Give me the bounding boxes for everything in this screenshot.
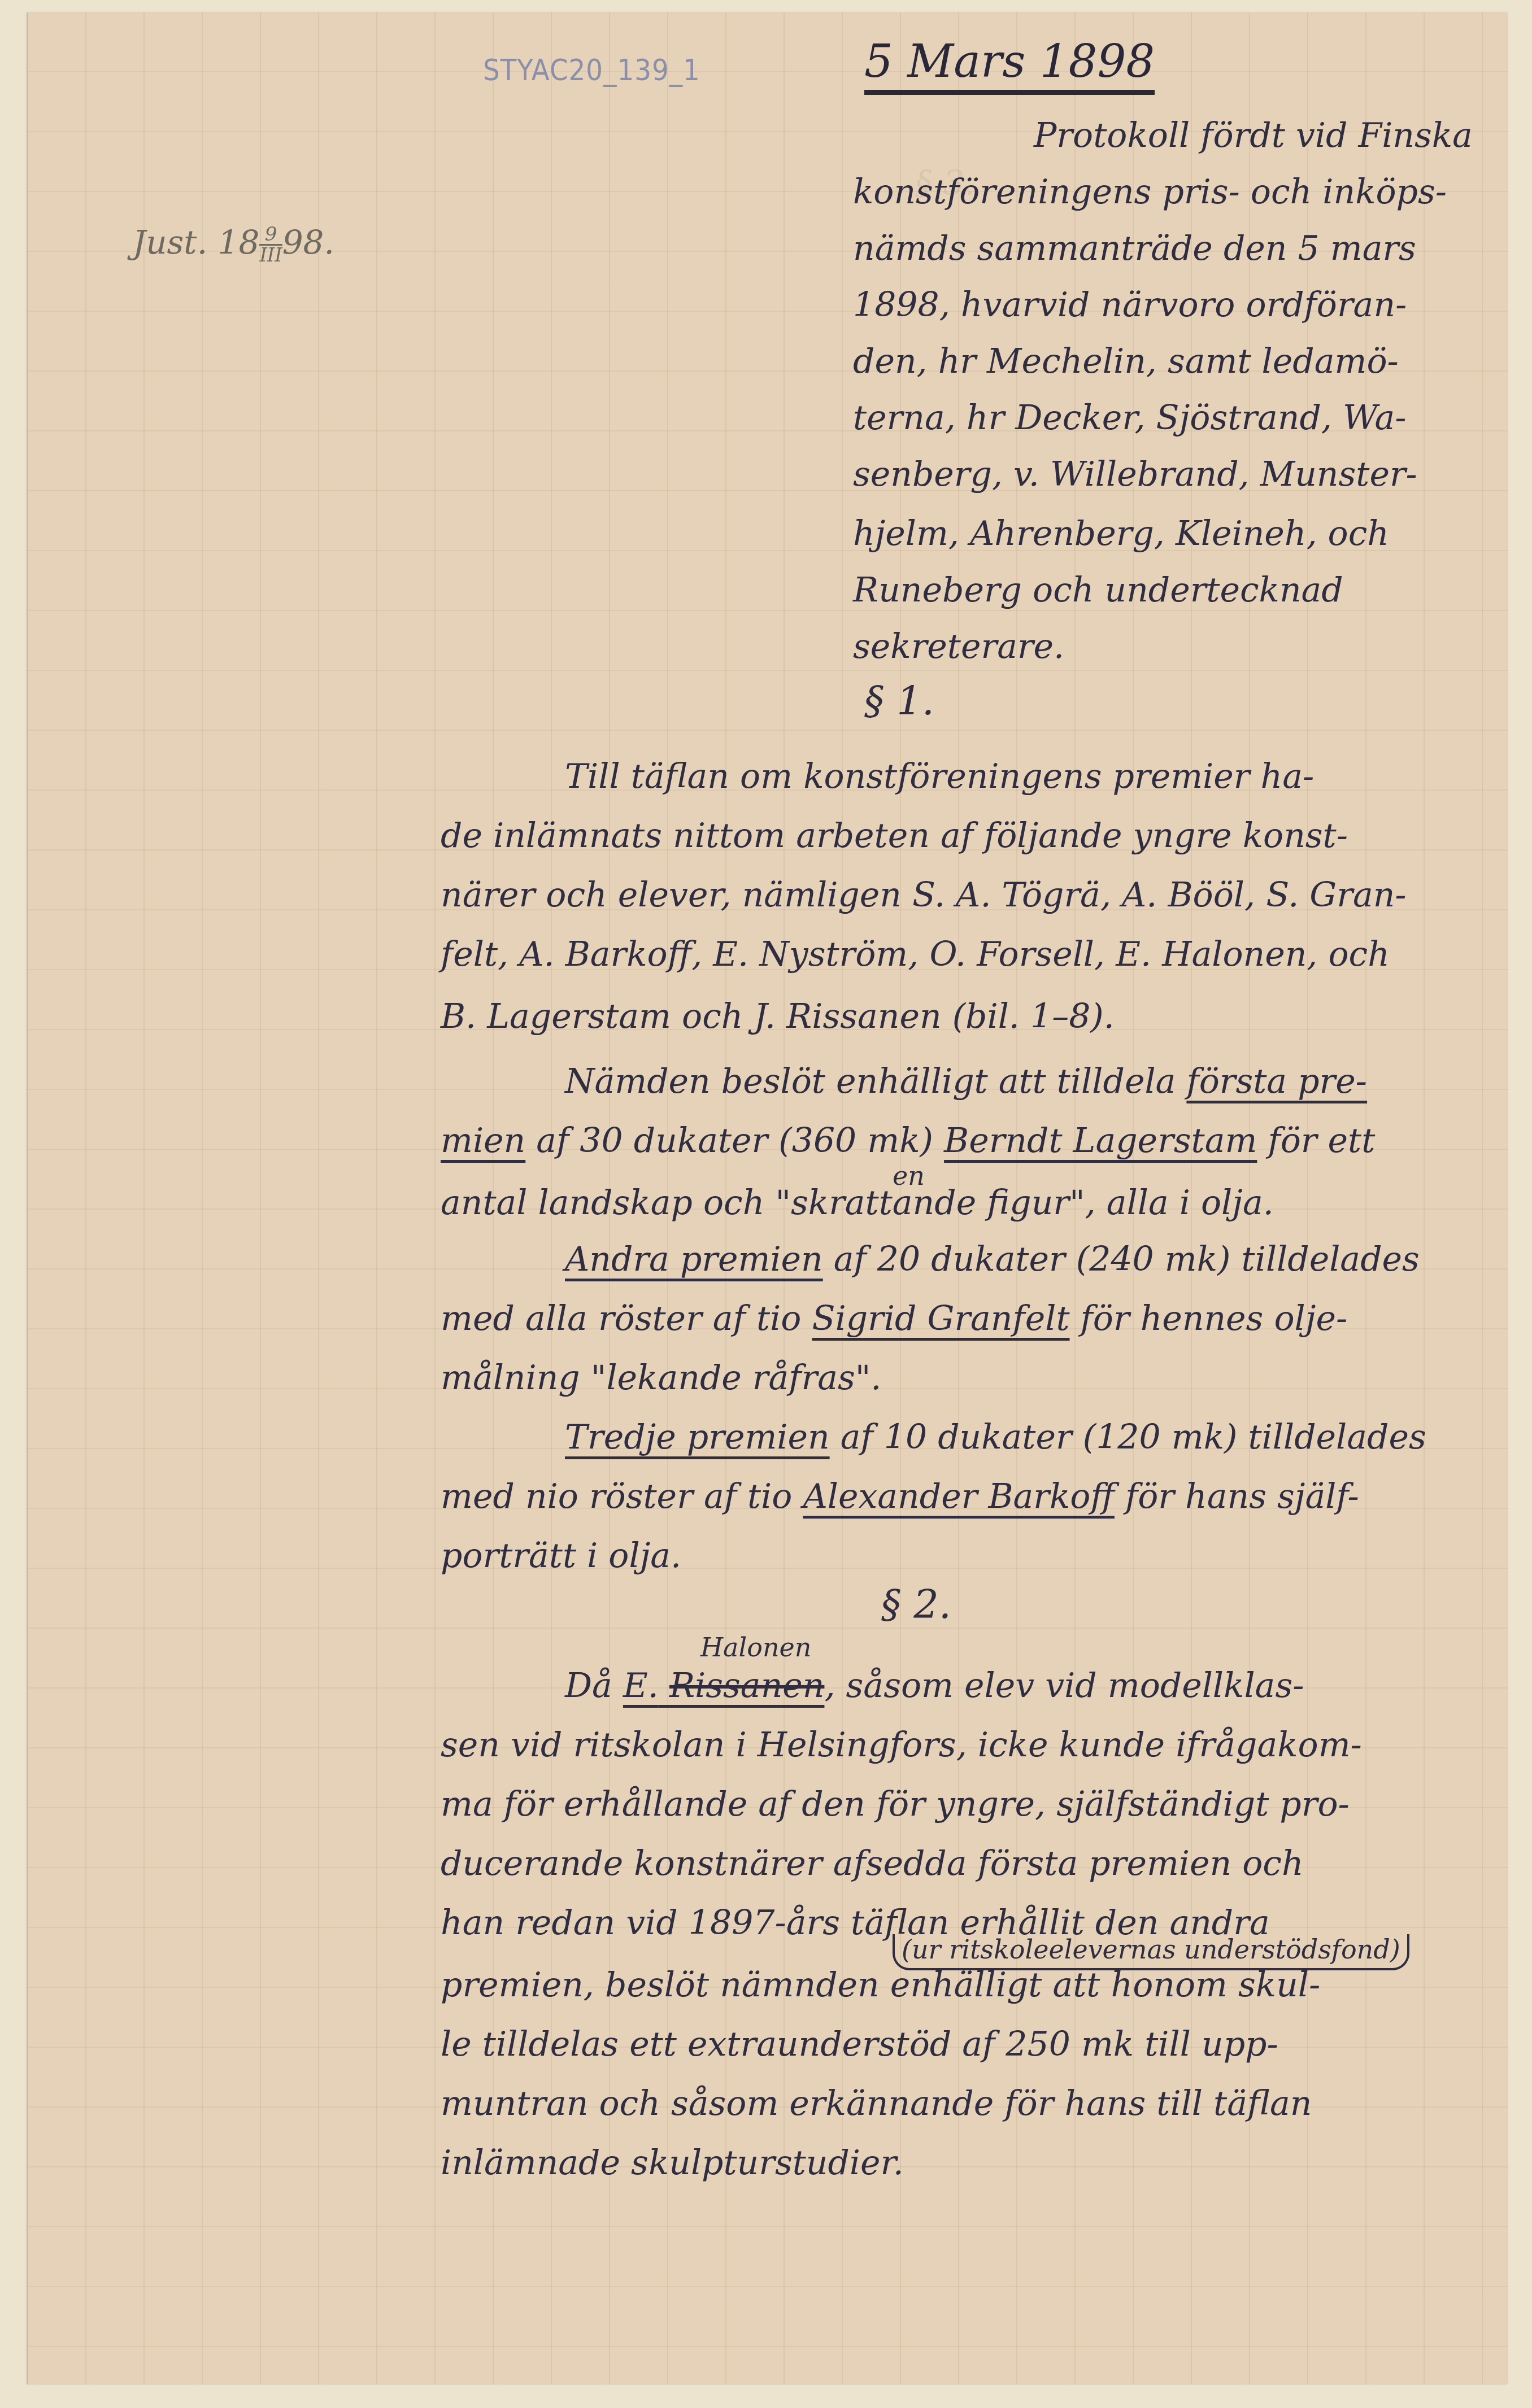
third-prize-line-2: med nio röster af tio Alexander Barkoff …	[441, 1477, 1359, 1516]
bracket-insert: (ur ritskoleelevernas understödsfond)	[893, 1934, 1409, 1965]
section-2-closing-line: muntran och såsom erkännande för hans ti…	[441, 2084, 1312, 2123]
intro-line: terna, hr Decker, Sjöstrand, Wa-	[853, 398, 1406, 438]
third-prize-line-1: Tredje premien af 10 dukater (120 mk) ti…	[565, 1417, 1426, 1457]
margin-note-year-start: 18	[218, 223, 260, 261]
correction-insert: Halonen	[700, 1632, 811, 1663]
first-prize-winner: Berndt Lagerstam	[944, 1121, 1257, 1161]
intro-line: hjelm, Ahrenberg, Kleineh, och	[853, 514, 1389, 553]
date-heading: 5 Mars 1898	[864, 35, 1155, 95]
text: för ett	[1257, 1121, 1375, 1161]
margin-note-day: 9	[259, 225, 282, 244]
text: af 10 dukater (120 mk) tilldelades	[830, 1417, 1426, 1457]
first-prize-line-2: mien af 30 dukater (360 mk) Berndt Lager…	[441, 1121, 1375, 1161]
intro-line: sekreterare.	[853, 627, 1064, 666]
section-2-closing-line: premien, beslöt nämnden enhälligt att ho…	[441, 1965, 1320, 2005]
second-prize-label: Andra premien	[565, 1240, 823, 1279]
section-2-closing-line: le tilldelas ett extraunderstöd af 250 m…	[441, 2025, 1278, 2064]
first-prize-line-1: Nämden beslöt enhälligt att tilldela för…	[565, 1062, 1367, 1101]
intro-line: nämds sammanträde den 5 mars	[853, 229, 1416, 268]
section-2-line: sen vid ritskolan i Helsingfors, icke ku…	[441, 1725, 1362, 1765]
section-2-line: ducerande konstnärer afsedda första prem…	[441, 1844, 1304, 1883]
section-2-line-1: Då E. Rissanen, såsom elev vid modellkla…	[565, 1666, 1304, 1705]
section-2-closing-line: inlämnade skulpturstudier.	[441, 2143, 904, 2183]
text: Nämden beslöt enhälligt att tilldela	[565, 1062, 1186, 1101]
section-1-line: Till täflan om konstföreningens premier …	[565, 757, 1314, 796]
third-prize-line-3: porträtt i olja.	[441, 1536, 681, 1576]
section-1-line: B. Lagerstam och J. Rissanen (bil. 1–8).	[441, 997, 1115, 1036]
first-prize-label-cont: mien	[441, 1121, 525, 1161]
section-2-mark: § 2.	[881, 1581, 951, 1628]
margin-note-year-end: 98.	[282, 223, 334, 261]
margin-note-day-month: 9III	[259, 225, 282, 265]
text: af 30 dukater (360 mk)	[525, 1121, 944, 1161]
text: med alla röster af tio	[441, 1299, 812, 1338]
first-prize-line-3: antal landskap och "skrattande figur", a…	[441, 1183, 1274, 1223]
second-prize-line-3: målning "lekande råfras".	[441, 1358, 881, 1398]
text: för hennes olje-	[1070, 1299, 1348, 1338]
text: Då	[565, 1666, 623, 1705]
second-prize-line-1: Andra premien af 20 dukater (240 mk) til…	[565, 1240, 1420, 1279]
intro-line: Runeberg och undertecknad	[853, 570, 1343, 610]
text: af 20 dukater (240 mk) tilldelades	[823, 1240, 1420, 1279]
second-prize-line-2: med alla röster af tio Sigrid Granfelt f…	[441, 1299, 1347, 1338]
text: för hans själf-	[1115, 1477, 1359, 1516]
struck-name: Rissanen	[669, 1666, 825, 1705]
margin-note-justified: Just. 189III98.	[133, 223, 334, 265]
first-prize-label: första pre-	[1186, 1062, 1367, 1101]
initial: E.	[623, 1666, 659, 1705]
third-prize-winner: Alexander Barkoff	[803, 1477, 1114, 1516]
margin-note-month: III	[259, 244, 282, 265]
section-1-mark: § 1.	[864, 678, 934, 724]
intro-line: den, hr Mechelin, samt ledamö-	[853, 342, 1399, 381]
intro-line: Protokoll fördt vid Finska	[1034, 116, 1473, 155]
student-name: E. Rissanen	[623, 1666, 824, 1705]
text: med nio röster af tio	[441, 1477, 803, 1516]
second-prize-winner: Sigrid Granfelt	[812, 1299, 1069, 1338]
section-1-line: felt, A. Barkoff, E. Nyström, O. Forsell…	[441, 935, 1390, 974]
third-prize-label: Tredje premien	[565, 1417, 830, 1457]
section-2-line: ma för erhållande af den för yngre, själ…	[441, 1785, 1350, 1824]
intro-line: konstföreningens pris- och inköps-	[853, 172, 1447, 212]
intro-line: 1898, hvarvid närvoro ordföran-	[853, 285, 1407, 325]
text: , såsom elev vid modellklas-	[824, 1666, 1304, 1705]
archive-stamp: STYAC20_139_1	[483, 54, 700, 88]
section-1-line: de inlämnats nittom arbeten af följande …	[441, 816, 1348, 856]
margin-note-prefix: Just.	[133, 223, 207, 261]
section-1-line: närer och elever, nämligen S. A. Tögrä, …	[441, 875, 1407, 915]
intro-line: senberg, v. Willebrand, Munster-	[853, 455, 1417, 494]
